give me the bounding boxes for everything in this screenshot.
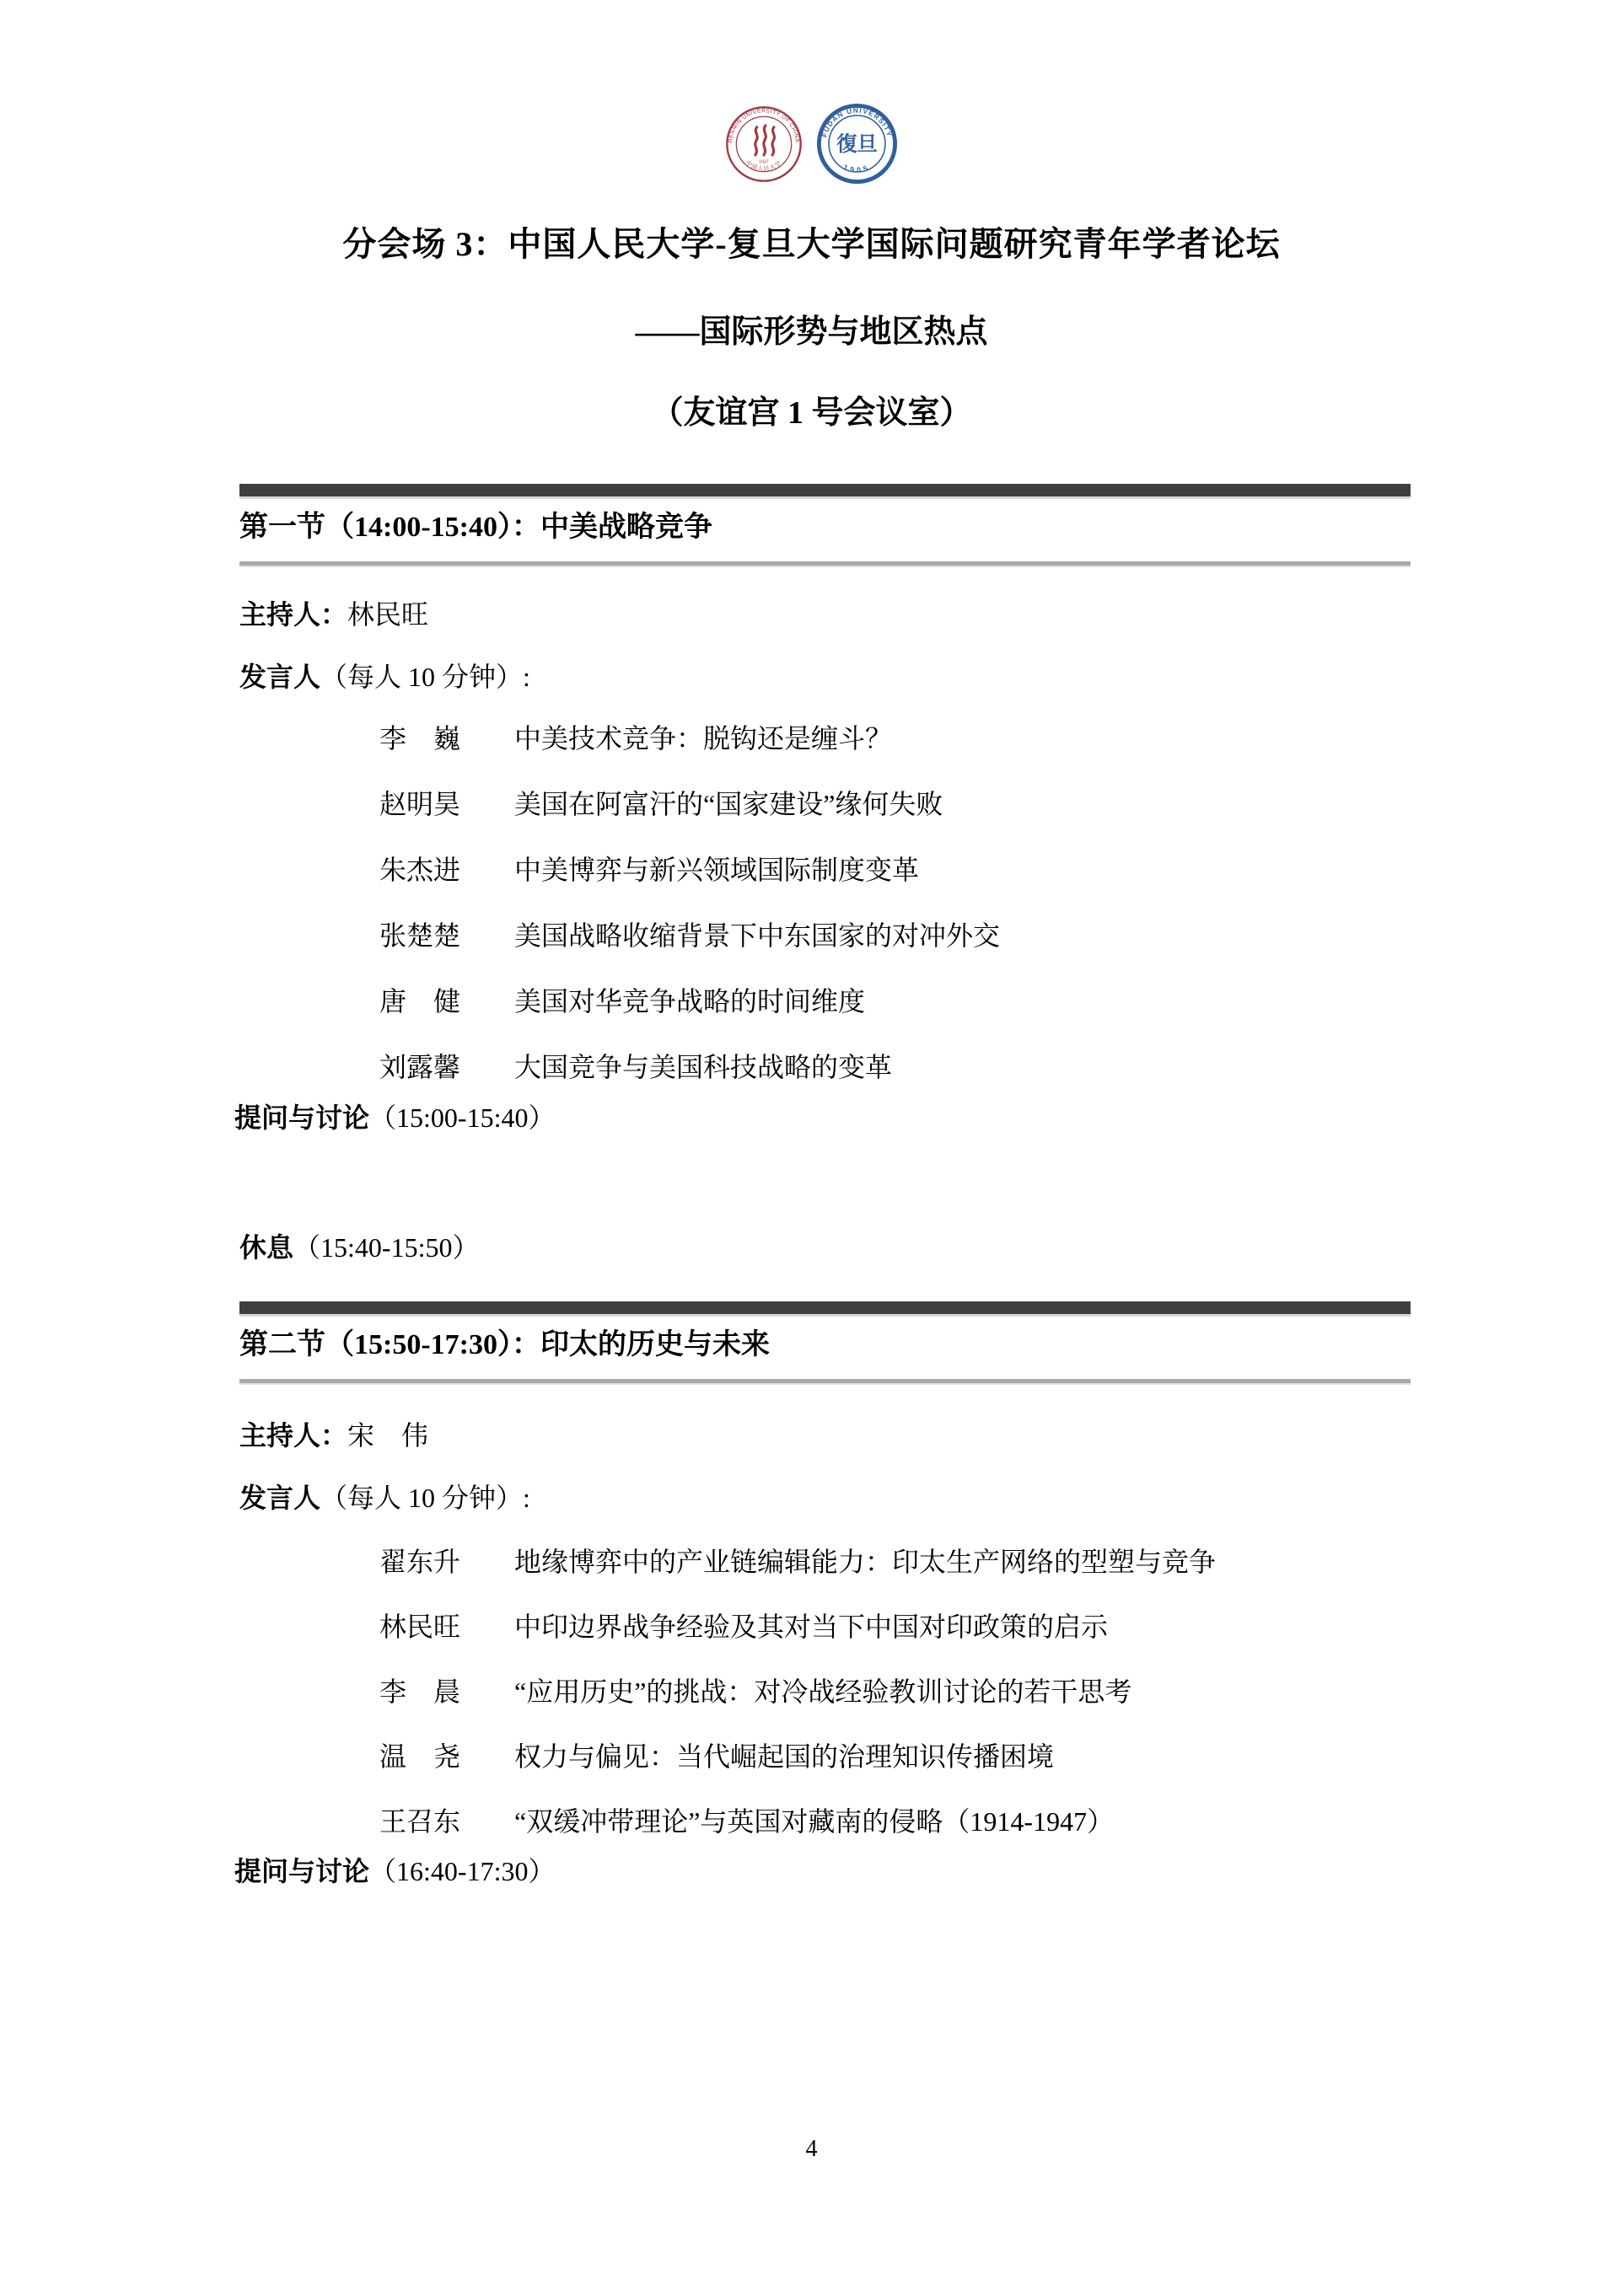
speaker-name: 赵明昊 [379, 785, 514, 823]
speaker-name: 张楚楚 [379, 916, 514, 955]
conference-program-page: RENMIN UNIVERSITY OF CHINA 1937 中国人民大学 F… [0, 0, 1623, 2296]
speaker-name: 李 巍 [379, 719, 514, 758]
forum-title: 分会场 3：中国人民大学-复旦大学国际问题研究青年学者论坛 [0, 217, 1623, 266]
session-1-header: 第一节（14:00-15:40）：中美战略竞争 [239, 507, 1411, 548]
speaker-name: 朱杰进 [379, 850, 514, 889]
qa-time: （16:40-17:30） [369, 1856, 555, 1886]
session-2-qa-line: 提问与讨论（16:40-17:30） [234, 1852, 1405, 1891]
chair-name: 林民旺 [347, 599, 428, 630]
speaker-name: 王召东 [379, 1802, 514, 1841]
session-1-qa-line: 提问与讨论（15:00-15:40） [234, 1098, 1405, 1137]
qa-label: 提问与讨论 [234, 1856, 369, 1886]
speaker-name: 唐 健 [379, 982, 514, 1021]
session-2-top-rule [239, 1301, 1411, 1317]
speaker-name: 林民旺 [379, 1607, 514, 1646]
session-2-chair-line: 主持人：宋 伟 [239, 1416, 1411, 1455]
session-1-speakers-label-line: 发言人（每人 10 分钟）: [239, 657, 1411, 696]
speaker-row: 李 晨 “应用历史”的挑战：对冷战经验教训讨论的若干思考 [239, 1672, 1550, 1711]
speaker-row: 赵明昊 美国在阿富汗的“国家建设”缘何失败 [239, 785, 1550, 823]
renmin-university-logo-icon: RENMIN UNIVERSITY OF CHINA 1937 中国人民大学 [725, 105, 803, 183]
venue-line: （友谊宫 1 号会议室） [0, 386, 1623, 432]
speaker-topic: 中印边界战争经验及其对当下中国对印政策的启示 [514, 1607, 1550, 1646]
session-2-bottom-rule [239, 1379, 1411, 1385]
speaker-topic: 美国对华竞争战略的时间维度 [514, 982, 1550, 1021]
speaker-name: 温 尧 [379, 1737, 514, 1776]
qa-time: （15:00-15:40） [369, 1102, 555, 1133]
speaker-row: 李 巍 中美技术竞争：脱钩还是缠斗？ [239, 719, 1550, 758]
svg-text:1937: 1937 [759, 159, 769, 164]
speaker-row: 张楚楚 美国战略收缩背景下中东国家的对冲外交 [239, 916, 1550, 955]
speaker-row: 温 尧 权力与偏见：当代崛起国的治理知识传播困境 [239, 1737, 1550, 1776]
session-1-top-rule [239, 484, 1411, 499]
page-number: 4 [0, 2136, 1623, 2163]
speaker-name: 刘露馨 [379, 1048, 514, 1086]
session-2-header: 第二节（15:50-17:30）：印太的历史与未来 [239, 1325, 1411, 1365]
speaker-name: 翟东升 [379, 1542, 514, 1581]
speaker-row: 林民旺 中印边界战争经验及其对当下中国对印政策的启示 [239, 1607, 1550, 1646]
speaker-topic: 美国在阿富汗的“国家建设”缘何失败 [514, 785, 1550, 823]
chair-label: 主持人： [239, 1420, 347, 1451]
speaker-row: 刘露馨 大国竞争与美国科技战略的变革 [239, 1048, 1550, 1086]
chair-label: 主持人： [239, 599, 347, 630]
chair-name: 宋 伟 [347, 1420, 428, 1451]
speakers-note: （每人 10 分钟）: [320, 662, 530, 692]
speaker-name: 李 晨 [379, 1672, 514, 1711]
speaker-row: 朱杰进 中美博弈与新兴领域国际制度变革 [239, 850, 1550, 889]
speaker-topic: 中美技术竞争：脱钩还是缠斗？ [514, 719, 1550, 758]
speaker-row: 翟东升 地缘博弈中的产业链编辑能力：印太生产网络的型塑与竞争 [239, 1542, 1550, 1581]
speaker-topic: 中美博弈与新兴领域国际制度变革 [514, 850, 1550, 889]
speaker-topic: 地缘博弈中的产业链编辑能力：印太生产网络的型塑与竞争 [514, 1542, 1550, 1581]
speaker-topic: “双缓冲带理论”与英国对藏南的侵略（1914-1947） [514, 1802, 1550, 1841]
speaker-topic: 大国竞争与美国科技战略的变革 [514, 1048, 1550, 1086]
logo-row: RENMIN UNIVERSITY OF CHINA 1937 中国人民大学 F… [0, 103, 1623, 185]
speaker-topic: 美国战略收缩背景下中东国家的对冲外交 [514, 916, 1550, 955]
speaker-row: 唐 健 美国对华竞争战略的时间维度 [239, 982, 1550, 1021]
forum-subtitle: ——国际形势与地区热点 [0, 305, 1623, 351]
svg-text:復旦: 復旦 [836, 132, 878, 156]
qa-label: 提问与讨论 [234, 1102, 369, 1133]
speakers-label: 发言人 [239, 662, 320, 692]
speakers-note: （每人 10 分钟）: [320, 1483, 530, 1513]
speaker-row: 王召东 “双缓冲带理论”与英国对藏南的侵略（1914-1947） [239, 1802, 1550, 1841]
break-time: （15:40-15:50） [293, 1232, 479, 1263]
session-1-bottom-rule [239, 561, 1411, 567]
fudan-university-logo-icon: FUDAN UNIVERSITY 復旦 1905 [816, 103, 898, 185]
break-label: 休息 [239, 1232, 293, 1263]
session-2-speakers-label-line: 发言人（每人 10 分钟）: [239, 1478, 1411, 1517]
break-line: 休息（15:40-15:50） [239, 1228, 1411, 1267]
speaker-topic: 权力与偏见：当代崛起国的治理知识传播困境 [514, 1737, 1550, 1776]
session-1-chair-line: 主持人：林民旺 [239, 595, 1411, 634]
speakers-label: 发言人 [239, 1483, 320, 1513]
speaker-topic: “应用历史”的挑战：对冷战经验教训讨论的若干思考 [514, 1672, 1550, 1711]
